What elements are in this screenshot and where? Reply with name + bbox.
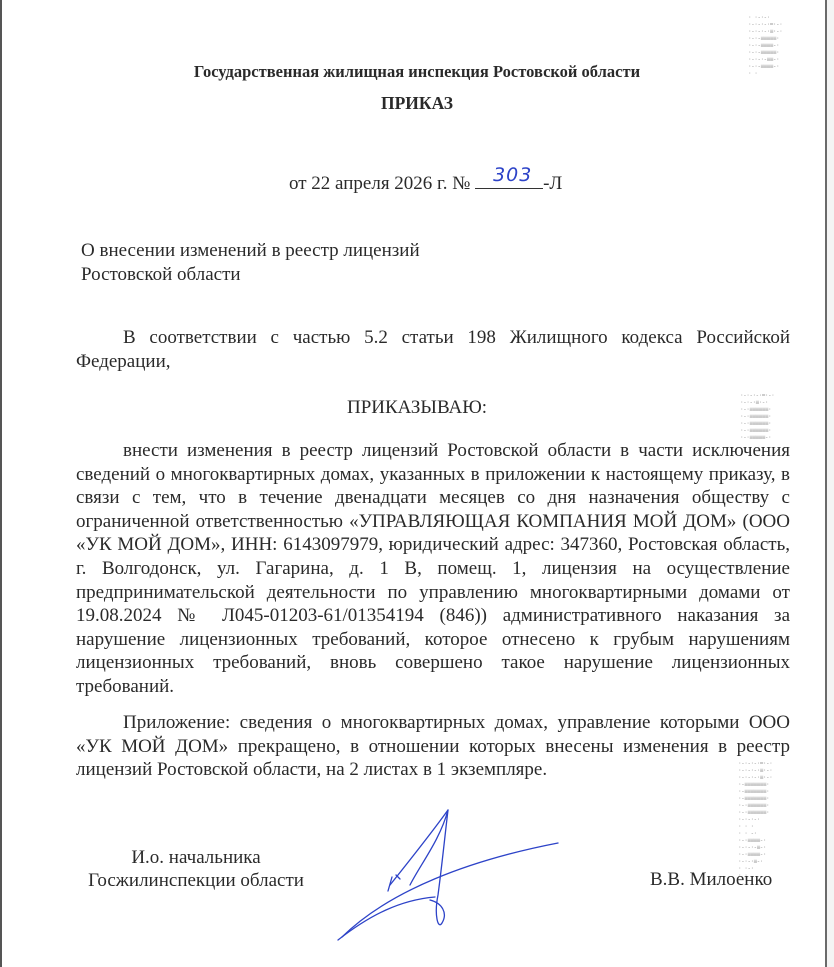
order-date-number: от 22 апреля 2026 г. № 303-Л [289,170,562,195]
handwritten-signature-icon [330,805,570,950]
signatory-name: В.В. Милоенко [650,869,772,891]
order-number-handwritten: 303 [493,164,532,186]
scan-left-edge [0,0,2,967]
organization-name: Государственная жилищная инспекция Росто… [0,62,834,82]
position-line-1: И.о. начальника [76,846,316,869]
order-number-field: 303 [475,170,543,189]
order-date: от 22 апреля 2026 г. № [289,173,470,194]
appendix-paragraph: Приложение: сведения о многоквартирных д… [76,711,790,782]
order-subject: О внесении изменений в реестр лицензий Р… [81,239,481,287]
order-directive-heading: ПРИКАЗЫВАЮ: [0,397,834,419]
order-paragraph: внести изменения в реестр лицензий Росто… [76,439,790,699]
order-number-suffix: -Л [543,173,562,194]
subject-line-1: О внесении изменений в реестр лицензий [81,239,481,263]
scan-right-edge [825,0,827,967]
basis-paragraph: В соответствии с частью 5.2 статьи 198 Ж… [76,326,790,373]
signatory-position: И.о. начальника Госжилинспекции области [76,846,316,892]
position-line-2: Госжилинспекции области [76,869,316,892]
scan-right-margin [827,0,834,967]
subject-line-2: Ростовской области [81,263,481,287]
document-title: ПРИКАЗ [0,93,834,114]
